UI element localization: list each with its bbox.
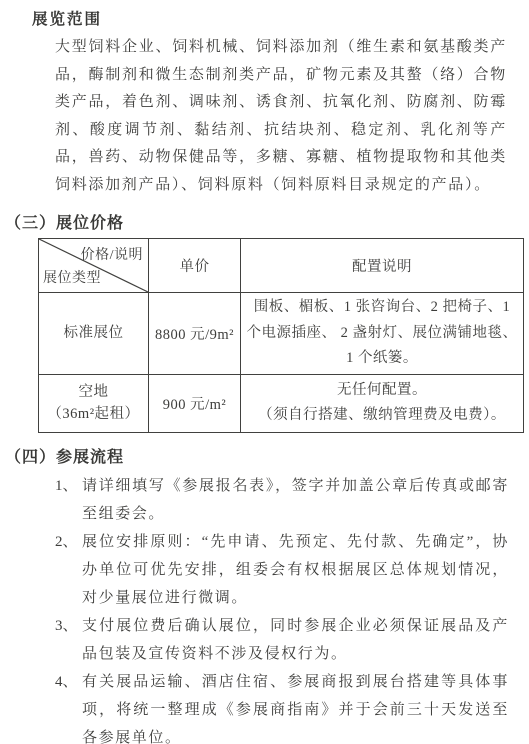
list-item-number: 2、 — [55, 528, 82, 556]
list-item-text: 请详细填写《参展报名表》，签字并加盖公章后传真或邮寄至组委会。 — [82, 472, 509, 528]
diagonal-header-cell: 价格/说明 展位类型 — [39, 239, 149, 293]
table-header-row: 价格/说明 展位类型 单价 配置说明 — [39, 239, 524, 293]
list-item-number: 1、 — [55, 472, 82, 500]
booth-price-table: 价格/说明 展位类型 单价 配置说明 标准展位 8800 元/9m² 围板、楣板… — [38, 238, 524, 433]
list-item: 1、 请详细填写《参展报名表》，签字并加盖公章后传真或邮寄至组委会。 — [55, 472, 509, 528]
list-item: 3、 支付展位费后确认展位，同时参展企业必须保证展品及产品包装及宣传资料不涉及侵… — [55, 612, 509, 668]
list-item-number: 4、 — [55, 668, 82, 696]
config-cell: 无任何配置。 （须自行搭建、缴纳管理费及电费）。 — [241, 374, 524, 432]
process-section-heading: （四）参展流程 — [5, 444, 529, 467]
header-booth-type-label: 展位类型 — [43, 267, 101, 287]
list-item-text: 展位安排原则：“先申请、先预定、先付款、先确定”，协办单位可优先安排，组委会有权… — [82, 528, 509, 612]
booth-type-cell: 标准展位 — [39, 293, 149, 375]
table-row: 空地 （36m²起租） 900 元/m² 无任何配置。 （须自行搭建、缴纳管理费… — [39, 374, 524, 432]
list-item: 4、 有关展品运输、酒店住宿、参展商报到展台搭建等具体事项，将统一整理成《参展商… — [55, 668, 509, 744]
scope-paragraph: 大型饲料企业、饲料机械、饲料添加剂（维生素和氨基酸类产品，酶制剂和微生态制剂类产… — [55, 34, 507, 199]
header-unit-price: 单价 — [149, 239, 241, 293]
price-section-heading: （三）展位价格 — [5, 210, 529, 233]
document-page: 展览范围 大型饲料企业、饲料机械、饲料添加剂（维生素和氨基酸类产品，酶制剂和微生… — [0, 0, 529, 744]
list-item: 2、 展位安排原则：“先申请、先预定、先付款、先确定”，协办单位可优先安排，组委… — [55, 528, 509, 612]
list-item-text: 支付展位费后确认展位，同时参展企业必须保证展品及产品包装及宣传资料不涉及侵权行为… — [82, 612, 509, 668]
process-list: 1、 请详细填写《参展报名表》，签字并加盖公章后传真或邮寄至组委会。 2、 展位… — [55, 472, 509, 744]
booth-type-cell: 空地 （36m²起租） — [39, 374, 149, 432]
list-item-number: 3、 — [55, 612, 82, 640]
header-price-desc-label: 价格/说明 — [81, 244, 143, 264]
scope-section-heading: 展览范围 — [32, 7, 529, 29]
unit-price-cell: 8800 元/9m² — [149, 293, 241, 375]
table-row: 标准展位 8800 元/9m² 围板、楣板、1 张咨询台、2 把椅子、1 个电源… — [39, 293, 524, 375]
list-item-text: 有关展品运输、酒店住宿、参展商报到展台搭建等具体事项，将统一整理成《参展商指南》… — [82, 668, 509, 744]
unit-price-cell: 900 元/m² — [149, 374, 241, 432]
config-cell: 围板、楣板、1 张咨询台、2 把椅子、1 个电源插座、 2 盏射灯、展位满铺地毯… — [241, 293, 524, 375]
header-config: 配置说明 — [241, 239, 524, 293]
